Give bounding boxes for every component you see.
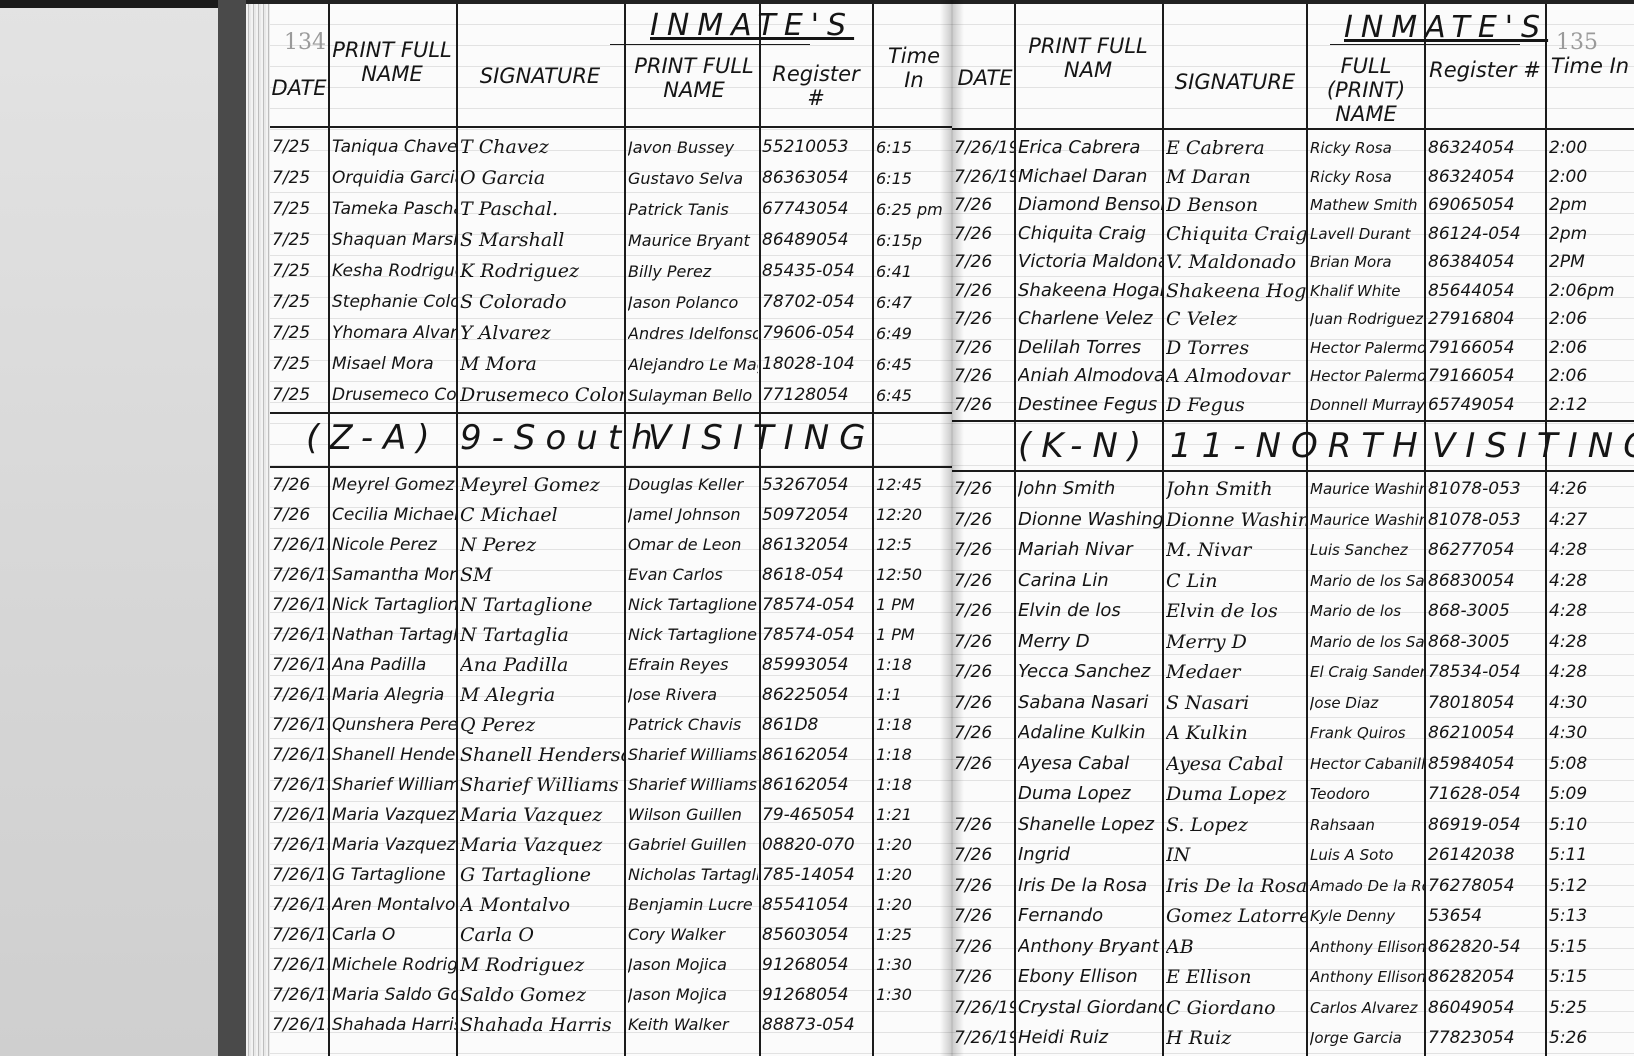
log-entry-row: 7/26Sabana NasariS NasariJose Diaz780180…	[952, 688, 1634, 718]
entry-time-in: 2:06	[1549, 334, 1633, 363]
entry-inmate-name: Gustavo Selva	[628, 163, 758, 194]
entry-visitor-signature: A Almodovar	[1166, 362, 1306, 391]
entry-date: 7/26	[954, 718, 1014, 749]
entry-visitor-signature: D Fegus	[1166, 391, 1306, 420]
entry-register-number: 79166054	[1428, 334, 1544, 363]
log-entry-row: 7/26/19Nathan TartagliaN TartagliaNick T…	[270, 620, 952, 650]
entry-visitor-signature: Iris De la Rosa	[1166, 871, 1306, 902]
entry-inmate-name: Douglas Keller	[628, 470, 758, 500]
entry-date: 7/26/19	[272, 770, 328, 800]
log-entry-row: 7/26Iris De la RosaIris De la RosaAmado …	[952, 871, 1634, 901]
log-entry-row: 7/26Ebony EllisonE EllisonAnthony Elliso…	[952, 962, 1634, 992]
banner-label: VISITING	[648, 418, 875, 458]
log-entry-row: 7/26Dionne WashingtonDionne WashingtonMa…	[952, 505, 1634, 535]
entry-visitor-name: Destinee Fegus	[1018, 391, 1162, 420]
banner-unit: 11-NORTH	[1170, 426, 1428, 466]
entry-visitor-name: Tameka Paschal	[332, 194, 456, 225]
log-entry-row: 7/26/19Qunshera PerezQ PerezPatrick Chav…	[270, 710, 952, 740]
entry-visitor-signature: C Michael	[460, 500, 624, 530]
header-register-number: Register #	[1428, 58, 1542, 82]
log-entry-row: 7/26Shanelle LopezS. LopezRahsaan86919-0…	[952, 810, 1634, 840]
entry-visitor-name: Kesha Rodriguez	[332, 256, 456, 287]
entry-register-number: 71628-054	[1428, 779, 1544, 810]
entry-visitor-name: John Smith	[1018, 474, 1162, 505]
entry-visitor-signature: John Smith	[1166, 474, 1306, 505]
entry-inmate-name: Hector Palermo	[1310, 334, 1424, 363]
entry-time-in: 4:30	[1549, 688, 1633, 719]
entry-date: 7/25	[272, 132, 328, 163]
entry-visitor-signature: IN	[1166, 840, 1306, 871]
entry-visitor-signature: Carla O	[460, 920, 624, 950]
entry-time-in: 4:30	[1549, 718, 1633, 749]
log-entry-row: 7/26/19Ana PadillaAna PadillaEfrain Reye…	[270, 650, 952, 680]
entry-register-number: 78574-054	[762, 620, 872, 650]
entry-register-number: 79166054	[1428, 362, 1544, 391]
entry-date: 7/25	[272, 256, 328, 287]
entry-register-number: 08820-070	[762, 830, 872, 860]
log-entry-row: 7/26Anthony BryantABAnthony Ellison86282…	[952, 932, 1634, 962]
entry-inmate-name: Jose Rivera	[628, 680, 758, 710]
entry-visitor-name: Ingrid	[1018, 840, 1162, 871]
entry-visitor-name: Elvin de los	[1018, 596, 1162, 627]
entry-register-number: 79606-054	[762, 318, 872, 349]
entry-time-in: 4:28	[1549, 627, 1633, 658]
entry-time-in: 2pm	[1549, 191, 1633, 220]
header-date: DATE	[270, 76, 328, 100]
entry-visitor-signature: Shanell Henderson	[460, 740, 624, 770]
entry-inmate-name: Lavell Durant	[1310, 220, 1424, 249]
entry-visitor-name: Nicole Perez	[332, 530, 456, 560]
header-signature: SIGNATURE	[1166, 70, 1304, 94]
entry-inmate-name: Mario de los Santos	[1310, 627, 1424, 658]
entry-time-in: 5:25	[1549, 993, 1633, 1024]
entry-visitor-signature: Shakeena Hogan	[1166, 277, 1306, 306]
entry-inmate-name: Billy Perez	[628, 256, 758, 287]
log-entry-row: 7/26FernandoGomez LatorreKyle Denny53654…	[952, 901, 1634, 931]
entry-date: 7/26/19	[272, 590, 328, 620]
entry-visitor-signature: M Mora	[460, 349, 624, 380]
entry-visitor-signature: Gomez Latorre	[1166, 901, 1306, 932]
entry-inmate-name: Frank Quiros	[1310, 718, 1424, 749]
entry-visitor-signature: E Cabrera	[1166, 134, 1306, 163]
entry-visitor-name: Diamond Benson	[1018, 191, 1162, 220]
entry-register-number: 27916804	[1428, 305, 1544, 334]
entry-register-number: 69065054	[1428, 191, 1544, 220]
entry-register-number: 85435-054	[762, 256, 872, 287]
entry-register-number: 85541054	[762, 890, 872, 920]
entry-visitor-name: Sharief Williams Jr	[332, 770, 456, 800]
entry-time-in: 2:06	[1549, 362, 1633, 391]
entry-visitor-name: Carla O	[332, 920, 456, 950]
header-time-in: Time In	[1548, 54, 1632, 78]
log-entry-row: 7/26Cecilia MichaelC MichaelJamel Johnso…	[270, 500, 952, 530]
entry-date: 7/26	[272, 500, 328, 530]
entry-inmate-name: Alejandro Le Mag	[628, 349, 758, 380]
log-entry-row: 7/26/19Maria VazquezMaria VazquezGabriel…	[270, 830, 952, 860]
entry-time-in: 5:08	[1549, 749, 1633, 780]
entry-inmate-name: Jason Mojica	[628, 980, 758, 1010]
entry-register-number: 86830054	[1428, 566, 1544, 597]
entry-visitor-signature: M Rodriguez	[460, 950, 624, 980]
entry-visitor-name: Shanelle Lopez	[1018, 810, 1162, 841]
entry-visitor-signature: Merry D	[1166, 627, 1306, 658]
entry-date: 7/26/19	[272, 710, 328, 740]
entry-visitor-name: G Tartaglione	[332, 860, 456, 890]
entry-visitor-name: Cecilia Michael	[332, 500, 456, 530]
log-entry-row: 7/26Meyrel GomezMeyrel GomezDouglas Kell…	[270, 470, 952, 500]
entry-date: 7/26/19	[272, 920, 328, 950]
banner-range: (K-N)	[1018, 426, 1151, 466]
entry-register-number: 86919-054	[1428, 810, 1544, 841]
entry-inmate-name: Hector Cabanillas	[1310, 749, 1424, 780]
entry-inmate-name: Brian Mora	[1310, 248, 1424, 277]
entry-inmate-name: Maurice Washington	[1310, 474, 1424, 505]
entry-time-in: 1:1	[876, 680, 952, 710]
section-banner-9-south: (Z-A) 9-South VISITING	[270, 414, 952, 464]
entry-time-in: 6:25 pm	[876, 194, 952, 225]
entry-time-in: 6:45	[876, 380, 952, 411]
entry-visitor-name: Shanell Henderson	[332, 740, 456, 770]
log-entry-row: 7/26/19Maria Saldo GomezSaldo GomezJason…	[270, 980, 952, 1010]
entry-date: 7/26/19	[272, 800, 328, 830]
inmates-underline	[610, 44, 810, 45]
entry-register-number: 18028-104	[762, 349, 872, 380]
entry-date: 7/26	[954, 277, 1014, 306]
entry-date: 7/26	[954, 334, 1014, 363]
entry-visitor-name: Shahada Harris	[332, 1010, 456, 1040]
entry-date: 7/26/19	[954, 134, 1014, 163]
entry-visitor-signature: Q Perez	[460, 710, 624, 740]
entry-visitor-signature: C Lin	[1166, 566, 1306, 597]
entry-date: 7/26/19	[272, 860, 328, 890]
entry-inmate-name: Ricky Rosa	[1310, 134, 1424, 163]
entry-visitor-name: Delilah Torres	[1018, 334, 1162, 363]
entry-inmate-name: Sulayman Bello	[628, 380, 758, 411]
entry-time-in: 2PM	[1549, 248, 1633, 277]
entry-inmate-name: Omar de Leon	[628, 530, 758, 560]
entry-time-in: 1:20	[876, 860, 952, 890]
entry-date: 7/26	[954, 505, 1014, 536]
header-inmates-group: INMATE'S	[650, 8, 854, 43]
entry-inmate-name: Evan Carlos	[628, 560, 758, 590]
entry-register-number: 85644054	[1428, 277, 1544, 306]
entry-inmate-name: Benjamin Lucre	[628, 890, 758, 920]
entry-register-number: 81078-053	[1428, 505, 1544, 536]
entry-inmate-name: Wilson Guillen	[628, 800, 758, 830]
entry-time-in: 12:45	[876, 470, 952, 500]
entry-date: 7/26	[954, 305, 1014, 334]
entry-time-in: 1 PM	[876, 620, 952, 650]
entry-register-number: 85984054	[1428, 749, 1544, 780]
log-entry-row: 7/26/19Aren MontalvoA MontalvoBenjamin L…	[270, 890, 952, 920]
entry-visitor-signature: Y Alvarez	[460, 318, 624, 349]
entry-inmate-name: Patrick Chavis	[628, 710, 758, 740]
entry-time-in: 4:28	[1549, 596, 1633, 627]
entry-time-in: 2:06pm	[1549, 277, 1633, 306]
entry-date: 7/26/19	[272, 830, 328, 860]
log-entry-row: 7/26Carina LinC LinMario de los Santos86…	[952, 566, 1634, 596]
entry-date: 7/26	[954, 248, 1014, 277]
entry-register-number: 79-465054	[762, 800, 872, 830]
log-entry-row: 7/26/19G TartaglioneG TartaglioneNichola…	[270, 860, 952, 890]
entry-register-number: 86363054	[762, 163, 872, 194]
entry-inmate-name: Ricky Rosa	[1310, 163, 1424, 192]
log-entry-row: 7/26Yecca SanchezMedaerEl Craig Sanders7…	[952, 657, 1634, 687]
header-time-in: Time In	[876, 44, 952, 92]
entry-register-number: 86225054	[762, 680, 872, 710]
entry-visitor-name: Taniqua Chavez	[332, 132, 456, 163]
log-entry-row: 7/26Diamond BensonD BensonMathew Smith69…	[952, 191, 1634, 221]
section-rule	[270, 466, 952, 468]
entry-visitor-name: Maria Saldo Gomez	[332, 980, 456, 1010]
entry-date: 7/26	[954, 391, 1014, 420]
entry-inmate-name: Gabriel Guillen	[628, 830, 758, 860]
entry-register-number: 785-14054	[762, 860, 872, 890]
entry-visitor-signature: S Nasari	[1166, 688, 1306, 719]
entry-date: 7/26	[954, 596, 1014, 627]
entry-visitor-name: Dionne Washington	[1018, 505, 1162, 536]
banner-unit: 9-South	[460, 418, 663, 458]
entry-register-number: 86162054	[762, 770, 872, 800]
entry-visitor-signature: S Marshall	[460, 225, 624, 256]
entry-inmate-name: Anthony Ellison	[1310, 932, 1424, 963]
entry-date: 7/26/19	[272, 650, 328, 680]
entry-register-number: 81078-053	[1428, 474, 1544, 505]
entry-date: 7/26	[954, 688, 1014, 719]
entry-time-in: 6:15	[876, 132, 952, 163]
entry-date: 7/26/19	[272, 1010, 328, 1040]
entry-visitor-signature: Maria Vazquez	[460, 830, 624, 860]
entry-date: 7/26/19	[272, 950, 328, 980]
entry-date: 7/26/19	[272, 530, 328, 560]
entry-inmate-name: Mario de los	[1310, 596, 1424, 627]
entry-date: 7/26	[954, 901, 1014, 932]
entry-visitor-signature: T Paschal.	[460, 194, 624, 225]
log-entry-row: 7/26/19Erica CabreraE CabreraRicky Rosa8…	[952, 134, 1634, 164]
entry-visitor-signature: AB	[1166, 932, 1306, 963]
entry-visitor-name: Sabana Nasari	[1018, 688, 1162, 719]
entry-time-in: 4:26	[1549, 474, 1633, 505]
entry-visitor-signature: M Alegria	[460, 680, 624, 710]
entry-time-in: 2:00	[1549, 163, 1633, 192]
entry-date: 7/26	[954, 749, 1014, 780]
entry-visitor-name: Adaline Kulkin	[1018, 718, 1162, 749]
entry-visitor-name: Carina Lin	[1018, 566, 1162, 597]
entry-register-number: 868-3005	[1428, 596, 1544, 627]
entry-date: 7/26/19	[954, 163, 1014, 192]
entry-visitor-name: Meyrel Gomez	[332, 470, 456, 500]
entry-visitor-name: Charlene Velez	[1018, 305, 1162, 334]
entry-time-in: 2:06	[1549, 305, 1633, 334]
entry-time-in: 4:28	[1549, 657, 1633, 688]
entry-visitor-signature: A Montalvo	[460, 890, 624, 920]
entry-inmate-name: Luis A Soto	[1310, 840, 1424, 871]
entry-visitor-name: Maria Vazquez	[332, 800, 456, 830]
entry-inmate-name: Nicholas Tartaglione	[628, 860, 758, 890]
log-entry-row: 7/25Tameka PaschalT Paschal.Patrick Tani…	[270, 194, 952, 224]
log-entry-row: 7/26/19Sharief Williams JrSharief Willia…	[270, 770, 952, 800]
banner-label: VISITING	[1432, 426, 1634, 466]
log-entry-row: 7/26Ayesa CabalAyesa CabalHector Cabanil…	[952, 749, 1634, 779]
log-entry-row: 7/26/19Crystal GiordanoC GiordanoCarlos …	[952, 993, 1634, 1023]
entry-visitor-name: Erica Cabrera	[1018, 134, 1162, 163]
entry-visitor-name: Misael Mora	[332, 349, 456, 380]
entry-time-in: 5:11	[1549, 840, 1633, 871]
entry-visitor-signature: Ayesa Cabal	[1166, 749, 1306, 780]
entry-time-in: 5:10	[1549, 810, 1633, 841]
entry-inmate-name: Amado De la Rosa	[1310, 871, 1424, 902]
entry-time-in: 5:26	[1549, 1023, 1633, 1054]
entry-time-in: 1:25	[876, 920, 952, 950]
entry-time-in: 5:13	[1549, 901, 1633, 932]
entry-time-in: 2:00	[1549, 134, 1633, 163]
entry-register-number: 85993054	[762, 650, 872, 680]
entry-visitor-signature: C Velez	[1166, 305, 1306, 334]
entry-inmate-name: Jason Mojica	[628, 950, 758, 980]
entry-register-number: 86124-054	[1428, 220, 1544, 249]
entry-visitor-signature: S Colorado	[460, 287, 624, 318]
log-entry-row: 7/25Drusemeco ColonDrusemeco ColonSulaym…	[270, 380, 952, 410]
entry-visitor-signature: Saldo Gomez	[460, 980, 624, 1010]
entry-inmate-name: Hector Palermo	[1310, 362, 1424, 391]
entry-visitor-name: Mariah Nivar	[1018, 535, 1162, 566]
entry-visitor-signature: T Chavez	[460, 132, 624, 163]
entry-visitor-name: Ayesa Cabal	[1018, 749, 1162, 780]
entry-register-number: 53267054	[762, 470, 872, 500]
header-date: DATE	[956, 66, 1014, 90]
entry-visitor-signature: Duma Lopez	[1166, 779, 1306, 810]
section-rule	[952, 470, 1634, 472]
entry-register-number: 86489054	[762, 225, 872, 256]
entry-inmate-name: Jorge Garcia	[1310, 1023, 1424, 1054]
entry-time-in: 12:50	[876, 560, 952, 590]
entry-date: 7/26	[272, 470, 328, 500]
entry-visitor-signature: M Daran	[1166, 163, 1306, 192]
entry-inmate-name: Maurice Bryant	[628, 225, 758, 256]
entry-visitor-name: Maria Alegria	[332, 680, 456, 710]
entry-visitor-signature: Chiquita Craig	[1166, 220, 1306, 249]
entry-register-number: 86282054	[1428, 962, 1544, 993]
entry-visitor-signature: N Perez	[460, 530, 624, 560]
log-entry-row: 7/26/19Nick TartaglioneN TartaglioneNick…	[270, 590, 952, 620]
entry-register-number: 76278054	[1428, 871, 1544, 902]
entry-time-in: 1 PM	[876, 590, 952, 620]
entry-visitor-signature: SM	[460, 560, 624, 590]
entry-time-in: 5:15	[1549, 962, 1633, 993]
entry-visitor-signature: D Benson	[1166, 191, 1306, 220]
entry-visitor-signature: Dionne Washington	[1166, 505, 1306, 536]
entry-inmate-name: Teodoro	[1310, 779, 1424, 810]
entry-date: 7/26	[954, 627, 1014, 658]
log-entry-row: 7/26/19Carla OCarla OCory Walker85603054…	[270, 920, 952, 950]
entry-register-number: 862820-54	[1428, 932, 1544, 963]
entry-visitor-name: Iris De la Rosa	[1018, 871, 1162, 902]
entry-visitor-signature: M. Nivar	[1166, 535, 1306, 566]
entry-register-number: 78534-054	[1428, 657, 1544, 688]
entry-inmate-name: Sharief Williams	[628, 770, 758, 800]
entry-register-number: 77128054	[762, 380, 872, 411]
entry-date: 7/26	[954, 810, 1014, 841]
entry-register-number: 91268054	[762, 950, 872, 980]
header-visitor-name: PRINT FULL NAME	[332, 38, 452, 86]
entry-register-number: 55210053	[762, 132, 872, 163]
entry-visitor-name: Orquidia Garcia	[332, 163, 456, 194]
log-entry-row: 7/26/19Samantha MoralesSMEvan Carlos8618…	[270, 560, 952, 590]
entry-visitor-signature: C Giordano	[1166, 993, 1306, 1024]
entry-visitor-name: Yhomara Alvarez	[332, 318, 456, 349]
log-entry-row: 7/26/19Maria AlegriaM AlegriaJose Rivera…	[270, 680, 952, 710]
header-rule	[270, 126, 952, 128]
entry-date: 7/26/19	[272, 680, 328, 710]
page-stack-edge	[246, 0, 270, 1056]
entry-date: 7/25	[272, 380, 328, 411]
header-inmate-name: FULL (PRINT) NAME	[1310, 54, 1422, 126]
entry-visitor-signature: Ana Padilla	[460, 650, 624, 680]
entry-time-in: 6:45	[876, 349, 952, 380]
log-entry-row: 7/26Merry DMerry DMario de los Santos868…	[952, 627, 1634, 657]
entry-date: 7/25	[272, 318, 328, 349]
entry-visitor-signature: Shahada Harris	[460, 1010, 624, 1040]
log-entry-row: 7/26/19Heidi RuizH RuizJorge Garcia77823…	[952, 1023, 1634, 1053]
entry-date: 7/26	[954, 362, 1014, 391]
entry-inmate-name: Cory Walker	[628, 920, 758, 950]
header-inmates-group: INMATE'S	[1344, 10, 1548, 45]
entry-date: 7/26	[954, 474, 1014, 505]
entry-time-in: 5:09	[1549, 779, 1633, 810]
entry-inmate-name: Sharief Williams	[628, 740, 758, 770]
entry-visitor-name: Ana Padilla	[332, 650, 456, 680]
entry-register-number: 77823054	[1428, 1023, 1544, 1054]
entry-register-number: 50972054	[762, 500, 872, 530]
left-page: 134 DATE PRINT FULL NAME SIGNATURE INMAT…	[270, 4, 952, 1056]
entry-time-in: 12:5	[876, 530, 952, 560]
page-number-left: 134	[284, 30, 326, 55]
entry-visitor-signature: N Tartaglione	[460, 590, 624, 620]
log-entry-row: 7/25Stephanie ColoradoS ColoradoJason Po…	[270, 287, 952, 317]
entry-visitor-name: Duma Lopez	[1018, 779, 1162, 810]
entry-inmate-name: Carlos Alvarez	[1310, 993, 1424, 1024]
entry-visitor-signature: Elvin de los	[1166, 596, 1306, 627]
entry-time-in: 5:15	[1549, 932, 1633, 963]
entry-register-number: 85603054	[762, 920, 872, 950]
entry-visitor-name: Yecca Sanchez	[1018, 657, 1162, 688]
entry-date: 7/26	[954, 220, 1014, 249]
entry-inmate-name: Jason Polanco	[628, 287, 758, 318]
entry-date: 7/26	[954, 932, 1014, 963]
entry-date: 7/26	[954, 566, 1014, 597]
entry-date: 7/25	[272, 287, 328, 318]
log-entry-row: 7/26/19Maria VazquezMaria VazquezWilson …	[270, 800, 952, 830]
log-entry-row: Duma LopezDuma LopezTeodoro71628-0545:09	[952, 779, 1634, 809]
entry-inmate-name: Kyle Denny	[1310, 901, 1424, 932]
entry-visitor-name: Nathan Tartaglia	[332, 620, 456, 650]
log-entry-row: 7/26Charlene VelezC VelezJuan Rodriguez2…	[952, 305, 1634, 335]
header-visitor-name: PRINT FULL NAM	[1018, 34, 1158, 82]
log-entry-row: 7/26Elvin de losElvin de losMario de los…	[952, 596, 1634, 626]
entry-time-in: 1:18	[876, 710, 952, 740]
entry-visitor-signature: H Ruiz	[1166, 1023, 1306, 1054]
entry-inmate-name: Efrain Reyes	[628, 650, 758, 680]
entry-inmate-name: Jamel Johnson	[628, 500, 758, 530]
entry-date: 7/26/19	[272, 620, 328, 650]
entry-date: 7/25	[272, 163, 328, 194]
entry-inmate-name: Mario de los Santos	[1310, 566, 1424, 597]
entry-visitor-name: Chiquita Craig	[1018, 220, 1162, 249]
entry-time-in: 1:18	[876, 740, 952, 770]
entry-visitor-name: Aren Montalvo	[332, 890, 456, 920]
entry-register-number: 26142038	[1428, 840, 1544, 871]
entry-time-in: 2:12	[1549, 391, 1633, 420]
